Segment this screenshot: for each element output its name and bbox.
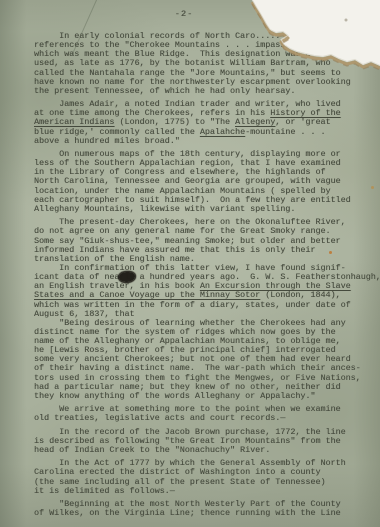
text-line: old treaties, legislative acts and court… — [34, 414, 380, 423]
text-line: head of Indian Creek to the "Nonachuchy"… — [34, 446, 380, 455]
text-line: above a hundred miles broad." — [34, 137, 380, 146]
text-line: it is delimited as follows.— — [34, 487, 380, 496]
text-line: the present Tennessee, of which he had o… — [34, 87, 380, 96]
text-line: Alleghany Mountains, likewise with varia… — [34, 205, 380, 214]
document-text: In early colonial records of North Caro.… — [34, 32, 380, 518]
page-number: -2- — [0, 9, 368, 19]
text-line: of Wilkes, on the Virginia Line; thence … — [34, 509, 380, 518]
paper-sheet: -2- In early colonial records of North C… — [0, 0, 380, 527]
text-line: they know anything of the words Alleghan… — [34, 392, 380, 401]
